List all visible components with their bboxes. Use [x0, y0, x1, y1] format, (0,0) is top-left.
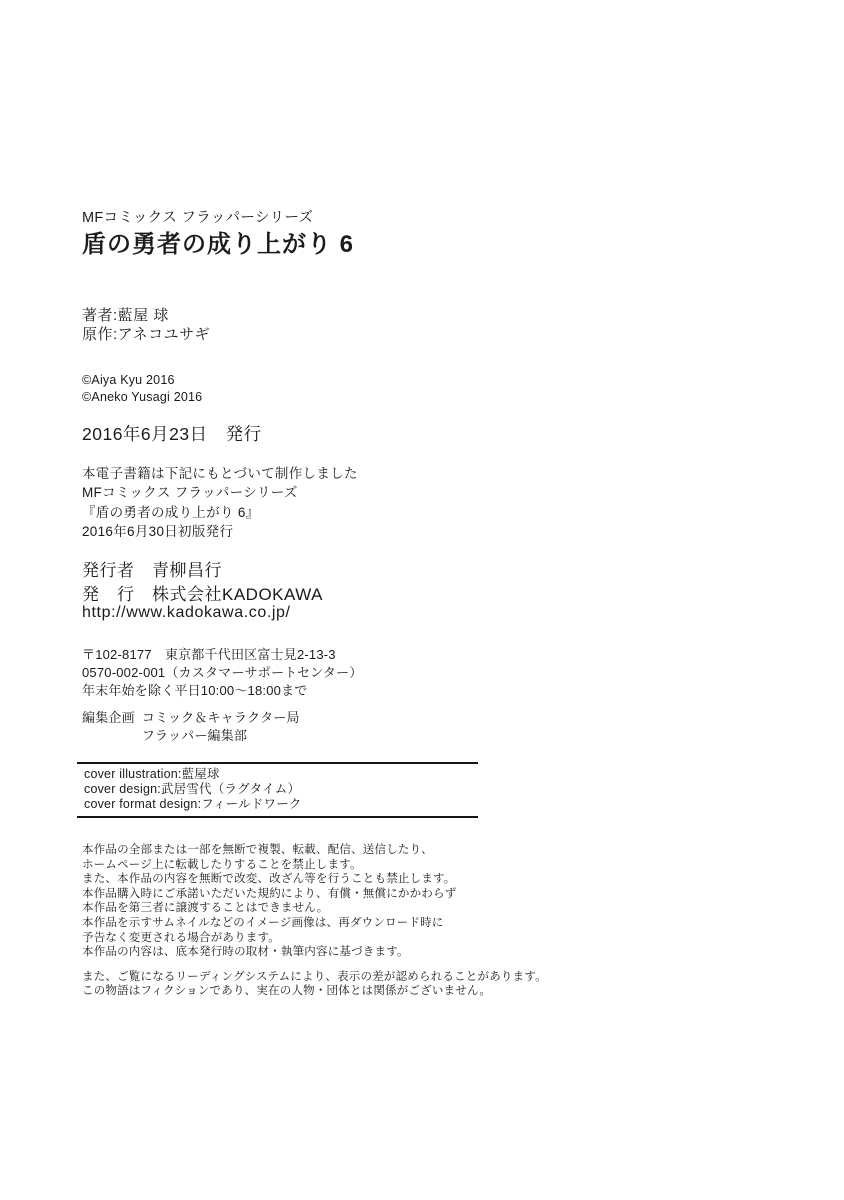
publisher-url-link[interactable]: http://www.kadokawa.co.jp/: [82, 604, 291, 622]
ebook-basis-intro: 本電子書籍は下記にもとづいて制作しました: [82, 464, 358, 483]
editorial-planning-block: 編集企画 コミック＆キャラクター局 フラッパー編集部: [82, 709, 300, 744]
copyright-block: ©Aiya Kyu 2016 ©Aneko Yusagi 2016: [82, 372, 202, 405]
publisher-person-line: 発行者 青柳昌行: [82, 556, 222, 581]
ebook-basis-block: 本電子書籍は下記にもとづいて制作しました MFコミックス フラッパーシリーズ 『…: [82, 464, 358, 541]
legal-notice-block: 本作品の全部または一部を無断で複製、転載、配信、送信したり、 ホームページ上に転…: [82, 843, 547, 999]
book-title: 盾の勇者の成り上がり 6: [82, 224, 354, 259]
ebook-basis-series: MFコミックス フラッパーシリーズ: [82, 483, 358, 502]
credits-block: 著者:藍屋 球 原作:アネコユサギ: [82, 307, 210, 344]
colophon-page: MFコミックス フラッパーシリーズ 盾の勇者の成り上がり 6 著者:藍屋 球 原…: [0, 0, 844, 1200]
copyright-line-artist: ©Aiya Kyu 2016: [82, 372, 202, 389]
legal-notice-paragraph-2: また、ご覧になるリーディングシステムにより、表示の差が認められることがあります。…: [82, 970, 547, 999]
ebook-issue-date: 2016年6月23日 発行: [82, 421, 262, 446]
ebook-basis-first-edition-date: 2016年6月30日初版発行: [82, 522, 358, 541]
customer-support-phone: 0570-002-001（カスタマーサポートセンター）: [82, 664, 362, 682]
cover-illustration-credit: cover illustration:藍屋球: [84, 767, 478, 782]
original-author-line: 原作:アネコユサギ: [82, 326, 210, 345]
editorial-planning-label: 編集企画: [82, 709, 135, 744]
copyright-line-original-author: ©Aneko Yusagi 2016: [82, 389, 202, 406]
legal-notice-paragraph-1: 本作品の全部または一部を無断で複製、転載、配信、送信したり、 ホームページ上に転…: [82, 843, 547, 960]
contact-block: 〒102-8177 東京都千代田区富士見2-13-3 0570-002-001（…: [82, 646, 362, 701]
author-line: 著者:藍屋 球: [82, 307, 210, 326]
cover-credits-box: cover illustration:藍屋球 cover design:武居雪代…: [77, 762, 478, 818]
support-hours: 年末年始を除く平日10:00～18:00まで: [82, 682, 362, 700]
ebook-basis-title: 『盾の勇者の成り上がり 6』: [82, 503, 358, 522]
editorial-planning-departments: コミック＆キャラクター局 フラッパー編集部: [142, 709, 300, 744]
publisher-address: 〒102-8177 東京都千代田区富士見2-13-3: [82, 646, 362, 664]
cover-format-design-credit: cover format design:フィールドワーク: [84, 797, 478, 812]
publisher-company-line: 発 行 株式会社KADOKAWA: [82, 580, 323, 605]
cover-design-credit: cover design:武居雪代（ラグタイム）: [84, 782, 478, 797]
